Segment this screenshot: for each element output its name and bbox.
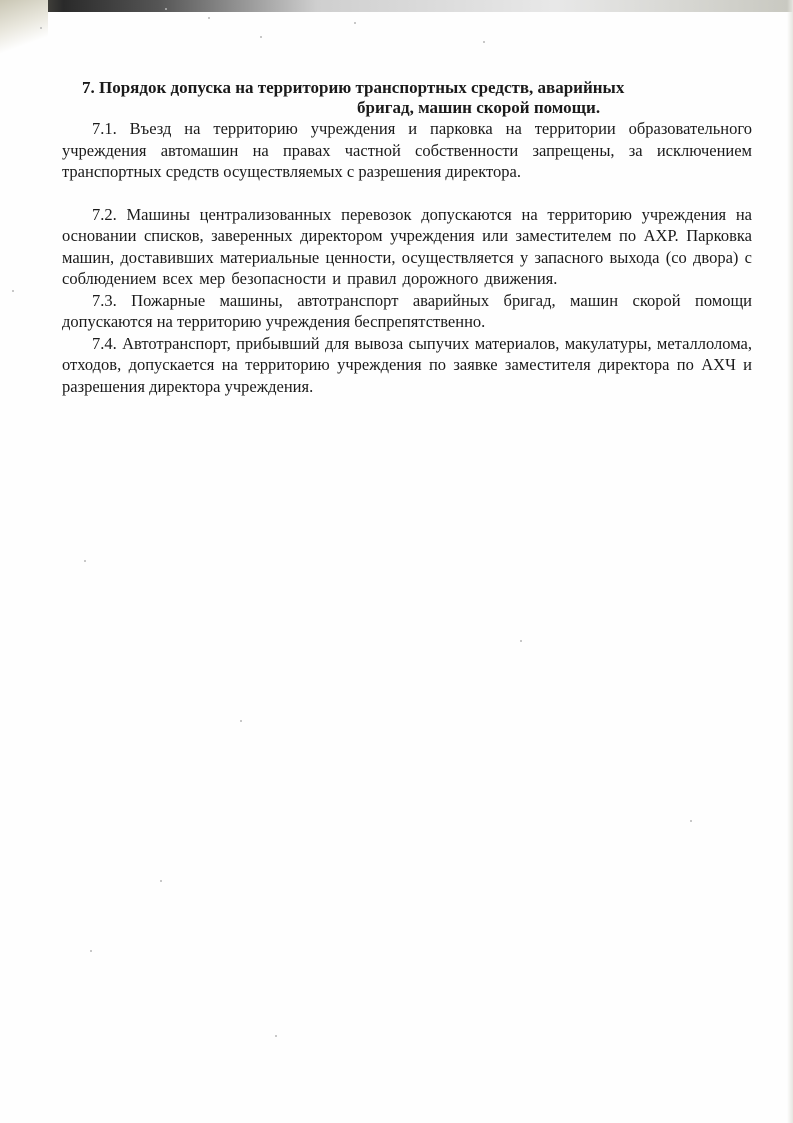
scan-speck xyxy=(690,820,692,822)
section-title: 7. Порядок допуска на территорию транспо… xyxy=(62,78,752,118)
scan-speck xyxy=(275,1035,277,1037)
scan-speck xyxy=(520,640,522,642)
section-title-line-1: 7. Порядок допуска на территорию транспо… xyxy=(62,78,752,98)
paragraph-7-4: 7.4. Автотранспорт, прибывший для вывоза… xyxy=(62,333,752,398)
scan-speck xyxy=(160,880,162,882)
scan-speck xyxy=(84,560,86,562)
paragraph-7-1: 7.1. Въезд на территорию учреждения и па… xyxy=(62,118,752,183)
document-body: 7. Порядок допуска на территорию транспо… xyxy=(62,78,752,397)
paragraph-7-2: 7.2. Машины централизованных перевозок д… xyxy=(62,204,752,290)
scan-page-fold xyxy=(0,0,48,60)
scan-edge-top xyxy=(0,0,793,12)
scan-speck xyxy=(208,17,210,19)
scan-speck xyxy=(483,41,485,43)
scan-speck xyxy=(354,22,356,24)
scan-speck xyxy=(90,950,92,952)
scan-speck xyxy=(240,720,242,722)
section-title-line-2: бригад, машин скорой помощи. xyxy=(62,98,752,118)
scan-speck xyxy=(260,36,262,38)
scan-speck xyxy=(12,290,14,292)
paragraph-7-3: 7.3. Пожарные машины, автотранспорт авар… xyxy=(62,290,752,333)
scanned-page: 7. Порядок допуска на территорию транспо… xyxy=(0,0,793,1123)
scan-edge-right xyxy=(787,0,793,1123)
scan-speck xyxy=(165,8,167,10)
scan-speck xyxy=(40,27,42,29)
